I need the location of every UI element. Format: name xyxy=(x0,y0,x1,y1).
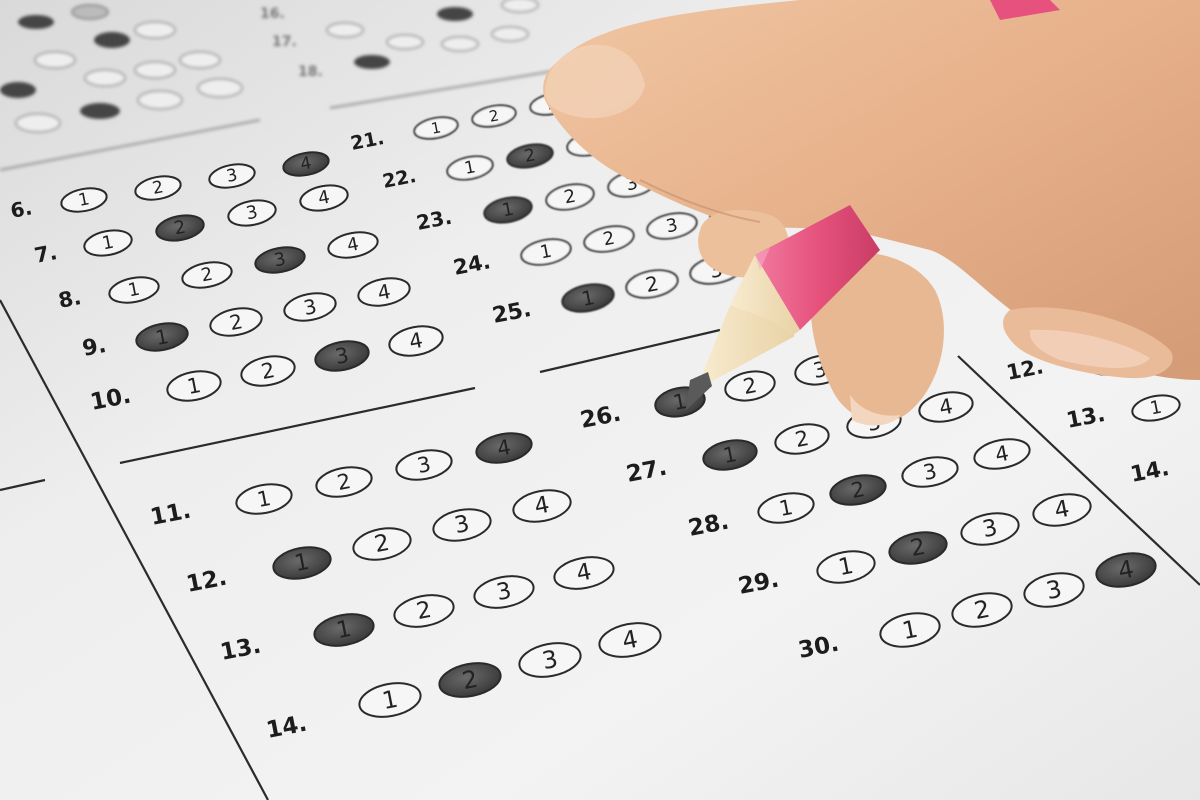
question-number: 7. xyxy=(32,240,59,268)
photo-scene: 16. 17. 18. 1234123412341234123412341234… xyxy=(0,0,1200,800)
question-number: 9. xyxy=(80,333,108,362)
question-number: 8. xyxy=(56,285,83,313)
question-number: 6. xyxy=(8,195,34,223)
svg-text:17.: 17. xyxy=(272,34,297,50)
svg-text:18.: 18. xyxy=(298,64,323,80)
svg-text:16.: 16. xyxy=(260,6,285,22)
